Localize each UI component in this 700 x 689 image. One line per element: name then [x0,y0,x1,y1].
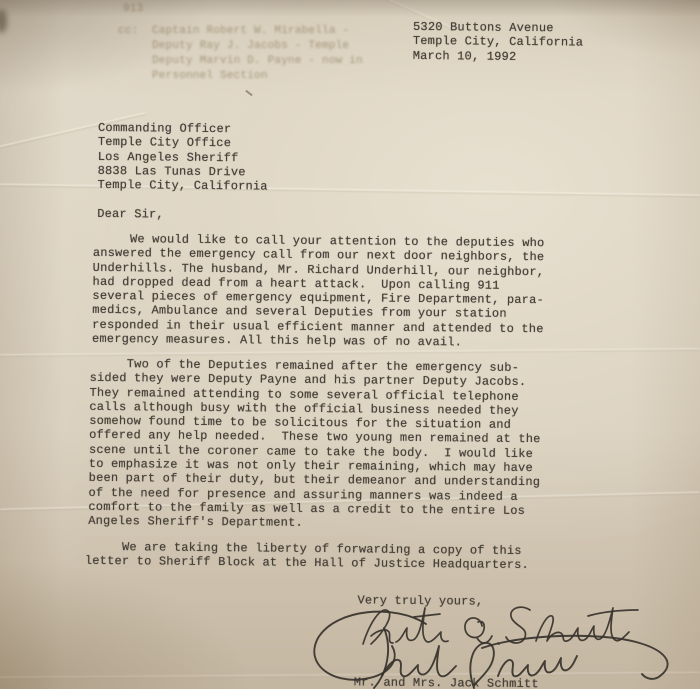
letter-photo: 913 cc: Captain Robert W. Mirabella - De… [0,0,700,689]
handwritten-signatures [278,584,700,689]
body-paragraph-3: We are taking the liberty of forwarding … [85,540,529,573]
body-paragraph-1: We would like to call your attention to … [92,232,545,351]
body-paragraph-2: Two of the Deputies remained after the e… [88,357,541,533]
salutation: Dear Sir, [97,207,164,222]
recipient-address-block: Commanding Officer Temple City Office Lo… [97,121,268,194]
signature-ruth-o-schmitt [363,607,638,644]
sender-address-block: 5320 Buttons Avenue Temple City, Califor… [413,20,584,65]
signature-jack-schmitt [314,612,667,688]
